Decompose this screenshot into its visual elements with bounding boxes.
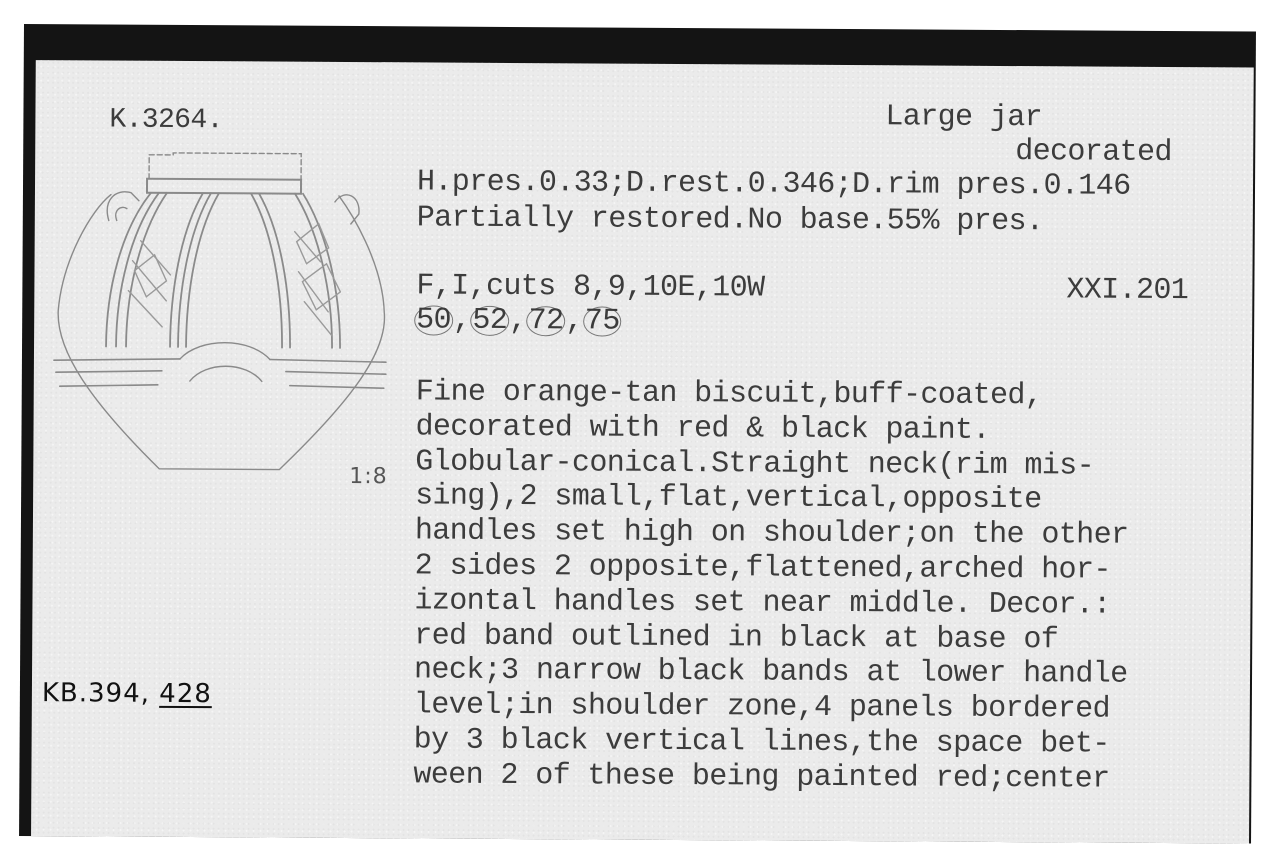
catalog-number: K.3264. bbox=[109, 103, 223, 140]
findspot-circled-numbers: 50,52,72,75 bbox=[414, 302, 622, 339]
description-line: neck;3 narrow black bands at lower handl… bbox=[414, 653, 1128, 693]
locus-number: XXI.201 bbox=[1066, 272, 1188, 309]
description-line: sing),2 small,flat,vertical,opposite bbox=[415, 479, 1042, 519]
description-line: izontal handles set near middle. Decor.: bbox=[414, 583, 1110, 623]
dimensions: H.pres.0.33;D.rest.0.346;D.rim pres.0.14… bbox=[417, 164, 1131, 204]
jar-drawing-icon bbox=[49, 150, 411, 492]
reference-numbers: KB.394, 428 bbox=[42, 678, 212, 709]
description-line: by 3 black vertical lines,the space bet- bbox=[414, 722, 1110, 762]
reference-underlined: 428 bbox=[159, 679, 212, 709]
condition: Partially restored.No base.55% pres. bbox=[417, 200, 1044, 240]
description-line: level;in shoulder zone,4 panels bordered bbox=[414, 688, 1110, 728]
circled-number: 75 bbox=[583, 306, 622, 336]
object-subtitle: decorated bbox=[1015, 134, 1172, 171]
reference-prefix: KB.394, bbox=[42, 678, 159, 709]
circled-number: 50 bbox=[414, 305, 453, 335]
description-line: decorated with red & black paint. bbox=[415, 409, 990, 449]
description-line: handles set high on shoulder;on the othe… bbox=[415, 514, 1129, 554]
circled-number: 52 bbox=[470, 306, 509, 336]
description-line: Globular-conical.Straight neck(rim mis- bbox=[415, 444, 1094, 484]
description-line: 2 sides 2 opposite,flattened,arched hor- bbox=[415, 548, 1111, 588]
findspot: F,I,cuts 8,9,10E,10W bbox=[416, 268, 764, 306]
description-line: ween 2 of these being painted red;center bbox=[413, 757, 1109, 797]
object-title: Large jar bbox=[885, 99, 1042, 136]
circled-number: 72 bbox=[527, 306, 566, 336]
catalog-card: K.3264. Large jar decorated H.pres.0.33;… bbox=[19, 24, 1256, 844]
description-line: red band outlined in black at base of bbox=[414, 618, 1058, 658]
card-paper: K.3264. Large jar decorated H.pres.0.33;… bbox=[31, 60, 1254, 843]
description-line: Fine orange-tan biscuit,buff-coated, bbox=[416, 374, 1043, 414]
description: Fine orange-tan biscuit,buff-coated,deco… bbox=[36, 60, 1254, 67]
